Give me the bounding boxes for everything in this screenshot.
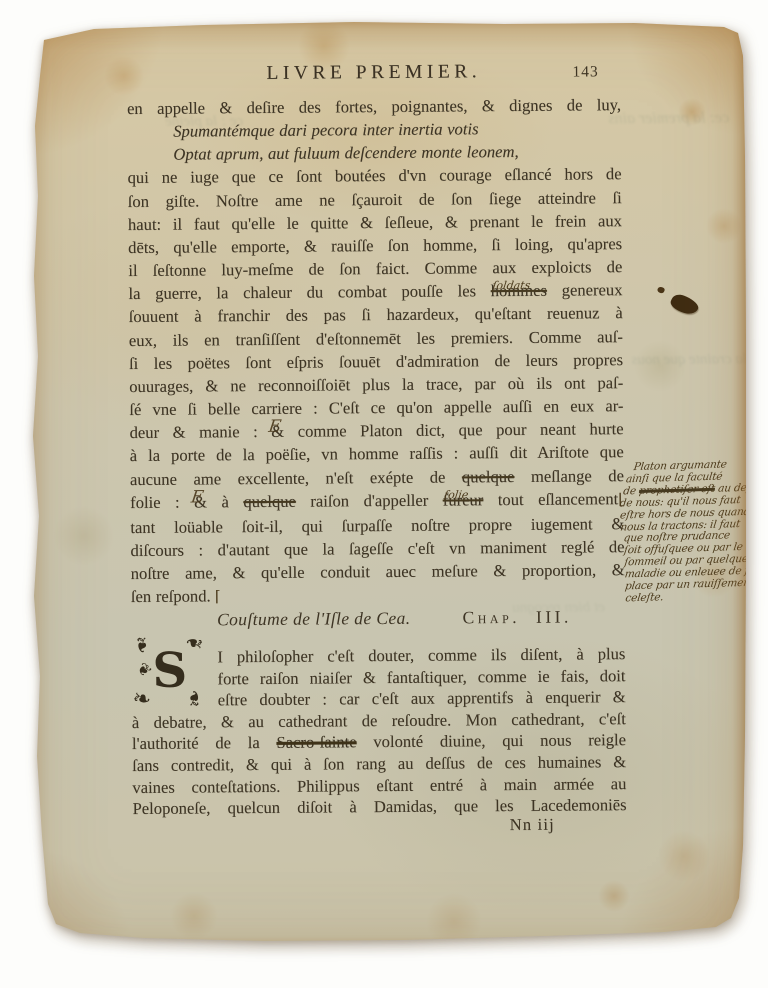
- text-segment: diſcours : d'autant que la ſageſſe c'eſt…: [130, 537, 624, 560]
- text-line: en appelle & deſire des fortes, poignant…: [127, 93, 621, 120]
- text-segment: au deſſus: [714, 483, 748, 495]
- body-paragraph-2: I philoſopher c'eſt douter, comme ils di…: [131, 643, 626, 820]
- struck-text: quelque: [243, 491, 296, 510]
- text-line: noſtre ame, & qu'elle conduit auec meſur…: [131, 558, 625, 585]
- text-segment: à debatre, & au cathedrant de reſoudre. …: [132, 709, 626, 732]
- text-segment: deur & manie :: [129, 422, 271, 442]
- text-segment: il ſeſtonne luy-meſme de ſon faict. Comm…: [128, 257, 622, 280]
- annotated-word: hommesſoldats: [491, 281, 547, 300]
- interlinear-annotation: E: [267, 416, 282, 439]
- text-segment: en appelle & deſire des fortes, poignant…: [127, 95, 621, 118]
- text-segment: ſi les poëtes ſont eſpris ſouuēt d'admir…: [129, 350, 623, 373]
- text-segment: forte raiſon niaiſer & fantaſtiquer, com…: [217, 666, 625, 688]
- text-segment: meſlange de: [514, 466, 624, 486]
- text-segment: eux, ils en tranſiſſent d'eſtonnemēt les…: [129, 327, 623, 350]
- text-segment: Spumantémque dari pecora inter inertia v…: [173, 119, 478, 140]
- text-line: ſouuent à franchir des pas ſi hazardeux,…: [129, 302, 623, 329]
- text-segment: haut: il faut qu'elle le quitte & ſeſleu…: [128, 211, 622, 234]
- chapter-heading: Couſtume de l'Iſle de Cea. Chap. III.: [131, 606, 625, 631]
- struck-text: prophetiſer eſt: [638, 483, 715, 497]
- text-segment: à: [207, 492, 243, 511]
- signature-mark: Nn iij: [133, 814, 627, 838]
- text-segment: raiſon d'appeller: [296, 490, 443, 510]
- text-segment: de: [623, 485, 640, 498]
- text-segment: à la porte de la poëſie, vn homme raſſis…: [130, 442, 624, 465]
- running-header-row: LIVRE PREMIER. 143: [127, 60, 621, 90]
- margin-annotation: Platon argumanteainſi que la facultéde p…: [618, 459, 750, 606]
- text-segment: genereux: [547, 280, 623, 300]
- text-segment: ſouuent à franchir des pas ſi hazardeux,…: [129, 304, 623, 327]
- page-number: 143: [572, 63, 598, 81]
- text-segment: qui ne iuge que ce ſont boutées d'vn cou…: [127, 165, 621, 188]
- text-line: eux, ils en tranſiſſent d'eſtonnemēt les…: [129, 325, 623, 352]
- annotated-word: &E: [194, 492, 207, 511]
- text-line: qui ne iuge que ce ſont boutées d'vn cou…: [127, 163, 621, 190]
- text-segment: vaines conteſtations. Philippus eſtant e…: [132, 774, 626, 797]
- text-segment: ſen reſpond.: [131, 587, 211, 607]
- text-segment: ouurages, & ne reconnoiſſoiēt plus la tr…: [129, 373, 623, 396]
- text-segment: comme Platon dict, que pour neant hurte: [284, 419, 624, 441]
- annotation-line: celeſte.: [622, 590, 751, 606]
- ink-blot: [669, 292, 701, 318]
- annotated-word: fureurfolie: [443, 490, 484, 509]
- text-segment: l'authorité de la: [132, 733, 277, 753]
- text-segment: celeſte.: [625, 591, 665, 604]
- text-segment: aucune ame excellente, n'eſt exépte de: [130, 467, 462, 489]
- text-segment: ſans contredit, & qui à ſon rang au deſſ…: [132, 752, 626, 775]
- scanned-book-page: ce : la pleine ce: la premier ains la cr…: [0, 0, 768, 988]
- text-segment: tant loüable ſoit-il, qui ſurpaſſe noſtr…: [130, 514, 624, 537]
- text-segment: tout eſlancement: [483, 489, 618, 509]
- chapter-number: Chap. III.: [462, 607, 571, 629]
- text-segment: Optat aprum, aut fuluum deſcendere monte…: [173, 142, 518, 164]
- interlinear-annotation: folie: [443, 483, 470, 506]
- text-line: folie : &E à quelque raiſon d'appeller f…: [130, 487, 624, 516]
- text-segment: dēts, qu'elle emporte, & rauiſſe ſon hom…: [128, 234, 622, 257]
- text-segment: I philoſopher c'eſt douter, comme ils di…: [217, 644, 625, 666]
- hand-insertion-mark: ⌈: [211, 590, 221, 606]
- struck-text: Sacro-ſainte: [276, 733, 356, 753]
- paper-sheet: ce : la pleine ce: la premier ains la cr…: [24, 16, 746, 956]
- text-segment: ſon giſte. Noſtre ame ne ſçauroit de ſon…: [128, 188, 622, 211]
- text-segment: ſé vne ſi belle carriere : C'eſt ce qu'o…: [129, 396, 623, 419]
- text-segment: eſtre doubter : car c'eſt aux apprentifs…: [218, 687, 626, 709]
- interlinear-annotation: ſoldats: [491, 274, 532, 297]
- chapter-title: Couſtume de l'Iſle de Cea.: [217, 608, 411, 631]
- text-segment: folie :: [130, 492, 194, 512]
- running-header-title: LIVRE PREMIER.: [127, 60, 621, 86]
- text-line: à la porte de la poëſie, vn homme raſſis…: [130, 440, 624, 467]
- page-content: ce : la pleine ce: la premier ains la cr…: [20, 13, 749, 959]
- text-segment: volonté diuine, qui nous reigle: [357, 730, 627, 751]
- text-segment: noſtre ame, & qu'elle conduit auec meſur…: [131, 560, 625, 583]
- body-paragraph-1: en appelle & deſire des fortes, poignant…: [127, 93, 625, 610]
- showthrough-smudge: la crainte que nous: [615, 351, 747, 369]
- annotated-word: &E: [271, 422, 284, 441]
- text-segment: la guerre, la chaleur du combat pouſſe l…: [128, 281, 490, 303]
